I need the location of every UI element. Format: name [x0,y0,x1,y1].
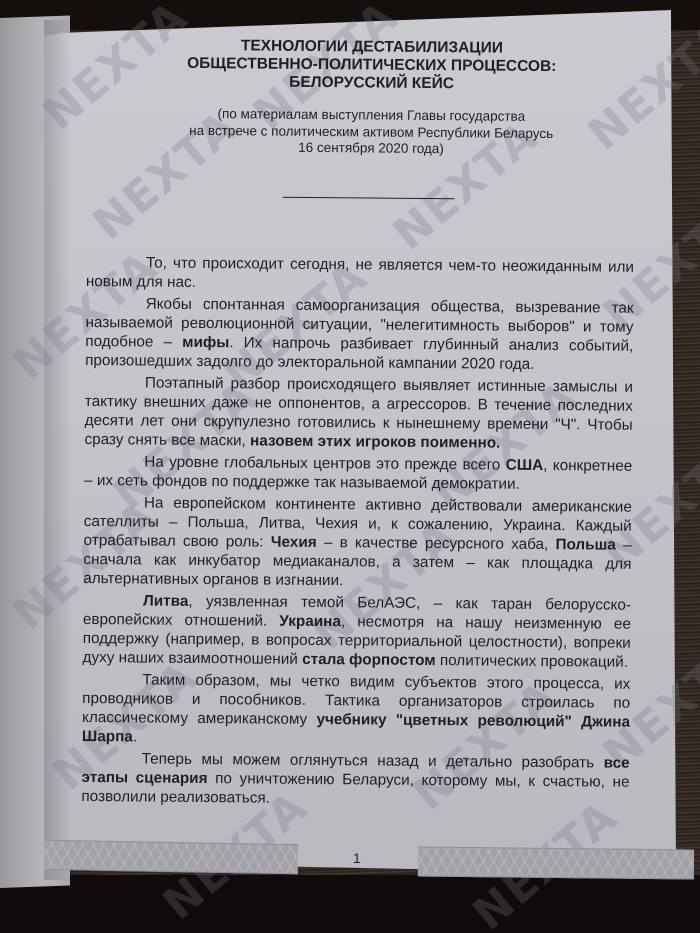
document-subtitle: (по материалам выступления Главы государ… [107,105,635,159]
page-number: 1 [353,850,361,866]
paragraph: Поэтапный разбор происходящего выявляет … [84,372,633,453]
document-content: ТЕХНОЛОГИИ ДЕСТАБИЛИЗАЦИИ ОБЩЕСТВЕННО-ПО… [81,36,636,813]
subtitle-line: 16 сентября 2020 года) [107,138,635,159]
bold-text: Польша [555,536,615,554]
paragraph: Якобы спонтанная самоорганизация обществ… [85,293,634,374]
paragraph: Таким образом, мы четко видим субъектов … [82,669,631,750]
bold-text: Украина [279,612,341,630]
spine-shadow [44,20,72,880]
body-text: То, что происходит сегодня, не является … [81,252,634,810]
bold-text: США [506,456,544,473]
title-line: БЕЛОРУССКИЙ КЕЙС [108,72,636,95]
text-run: . [133,728,137,745]
footer-ornament-right [418,847,694,880]
footer-ornament-left [44,840,298,874]
bold-text: стала форпостом [302,650,436,668]
bold-text: назовем этих игроков поименно. [250,432,500,451]
text-run: – в качестве ресурсного хаба, [317,534,556,553]
separator-line [283,196,455,199]
text-run: То, что происходит сегодня, не является … [86,254,634,290]
paragraph: Литва, уязвленная темой БелАЭС, – как та… [82,590,631,671]
document-title: ТЕХНОЛОГИИ ДЕСТАБИЛИЗАЦИИ ОБЩЕСТВЕННО-ПО… [108,36,636,95]
paragraph: Теперь мы можем оглянуться назад и детал… [81,748,629,810]
background-shadow-bottom [0,875,700,933]
text-run: На уровне глобальных центров это прежде … [144,453,506,473]
paragraph: То, что происходит сегодня, не является … [86,252,634,295]
paragraph: На европейском континенте активно действ… [83,492,632,592]
bold-text: Чехия [271,533,317,550]
text-run: политических провокаций. [436,652,629,671]
bold-text: мифы [182,333,229,350]
bold-text: Литва [143,592,188,609]
paragraph: На уровне глобальных центров это прежде … [84,451,632,494]
text-run: Теперь мы можем оглянуться назад и детал… [142,750,604,771]
